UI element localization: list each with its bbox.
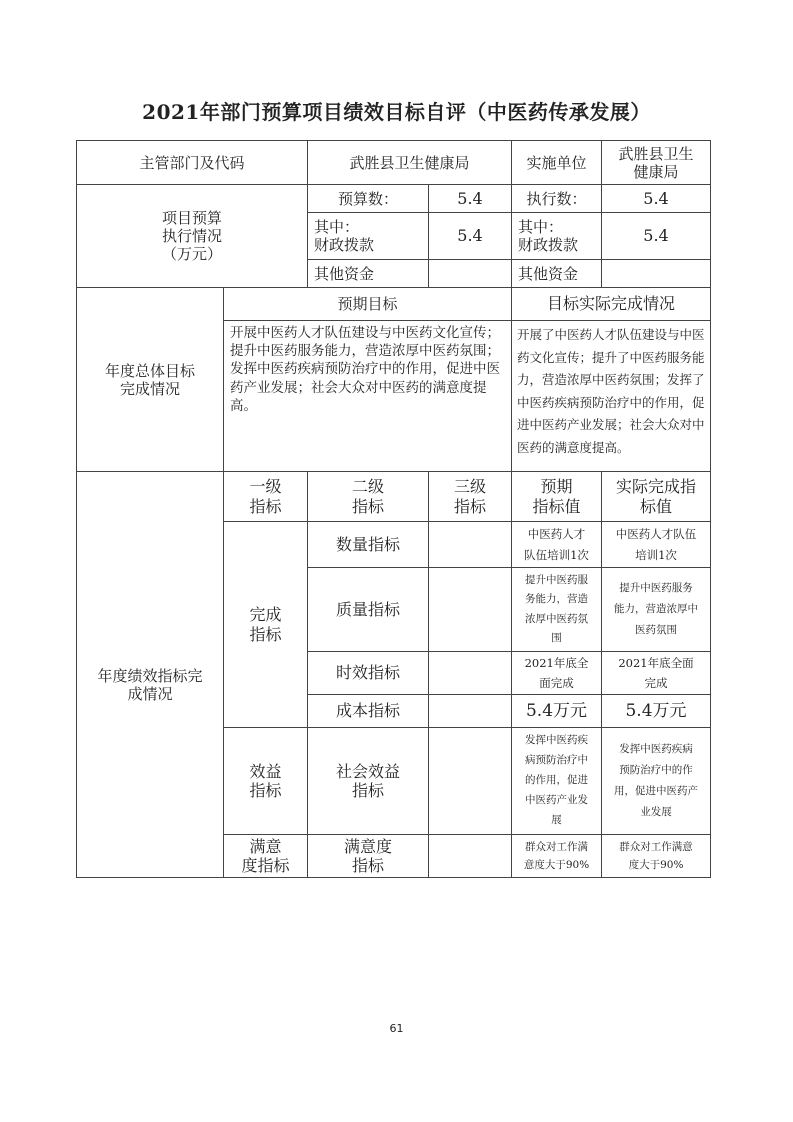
budget-amount-label: 预算数： <box>307 184 429 213</box>
group-completion: 完成 指标 <box>223 521 308 728</box>
other-exec-value <box>601 259 711 288</box>
fiscal-budget-label: 其中： 财政拨款 <box>307 212 429 260</box>
header-level3: 三级 指标 <box>428 471 512 522</box>
level3-cell <box>428 694 512 728</box>
actual-value: 5.4万元 <box>601 694 711 728</box>
exec-amount-label: 执行数： <box>511 184 602 213</box>
page-number: 61 <box>0 1022 793 1035</box>
budget-amount-value: 5.4 <box>428 184 512 213</box>
actual-goal-header: 目标实际完成情况 <box>511 287 711 321</box>
group-satisfaction: 满意 度指标 <box>223 834 308 878</box>
expected-value: 提升中医药服 务能力，营造 浓厚中医药氛 围 <box>511 567 602 652</box>
indicators-label: 年度绩效指标完 成情况 <box>76 471 224 878</box>
budget-label: 项目预算 执行情况 （万元） <box>76 184 308 288</box>
actual-value: 提升中医药服务 能力，营造浓厚中 医药氛围 <box>601 567 711 652</box>
group-benefit: 效益 指标 <box>223 727 308 835</box>
header-expected: 预期 指标值 <box>511 471 602 522</box>
fiscal-exec-label: 其中： 财政拨款 <box>511 212 602 260</box>
expected-value: 中医药人才 队伍培训1次 <box>511 521 602 568</box>
dept-value: 武胜县卫生健康局 <box>307 140 512 185</box>
exec-amount-value: 5.4 <box>601 184 711 213</box>
other-budget-label: 其他资金 <box>307 259 429 288</box>
dept-label: 主管部门及代码 <box>76 140 308 185</box>
unit-label: 实施单位 <box>511 140 602 185</box>
indicator-row-social-benefit: 社会效益 指标 <box>307 727 429 835</box>
actual-value: 2021年底全面 完成 <box>601 651 711 695</box>
fiscal-exec-value: 5.4 <box>601 212 711 260</box>
expected-value: 发挥中医药疾 病预防治疗中 的作用，促进 中医药产业发 展 <box>511 727 602 835</box>
level3-cell <box>428 521 512 568</box>
level3-cell <box>428 727 512 835</box>
actual-goal-text: 开展了中医药人才队伍建设与中医药文化宣传；提升了中医药服务能力，营造浓厚中医药氛… <box>511 320 711 472</box>
expected-value: 5.4万元 <box>511 694 602 728</box>
expected-value: 2021年底全 面完成 <box>511 651 602 695</box>
other-exec-label: 其他资金 <box>511 259 602 288</box>
indicator-row-quantity: 数量指标 <box>307 521 429 568</box>
fiscal-budget-value: 5.4 <box>428 212 512 260</box>
level3-cell <box>428 567 512 652</box>
level3-cell <box>428 651 512 695</box>
expected-value: 群众对工作满 意度大于90% <box>511 834 602 878</box>
other-budget-value <box>428 259 512 288</box>
indicator-row-satisfaction: 满意度 指标 <box>307 834 429 878</box>
expected-goal-header: 预期目标 <box>223 287 512 321</box>
unit-value: 武胜县卫生 健康局 <box>601 140 711 185</box>
actual-value: 群众对工作满意 度大于90% <box>601 834 711 878</box>
header-level2: 二级 指标 <box>307 471 429 522</box>
page-title: 2021年部门预算项目绩效目标自评（中医药传承发展） <box>0 96 793 125</box>
indicator-row-cost: 成本指标 <box>307 694 429 728</box>
header-actual: 实际完成指 标值 <box>601 471 711 522</box>
header-level1: 一级 指标 <box>223 471 308 522</box>
level3-cell <box>428 834 512 878</box>
actual-value: 发挥中医药疾病 预防治疗中的作 用，促进中医药产 业发展 <box>601 727 711 835</box>
indicator-row-quality: 质量指标 <box>307 567 429 652</box>
actual-value: 中医药人才队伍 培训1次 <box>601 521 711 568</box>
expected-goal-text: 开展中医药人才队伍建设与中医药文化宣传；提升中医药服务能力，营造浓厚中医药氛围；… <box>223 320 512 472</box>
annual-goal-label: 年度总体目标 完成情况 <box>76 287 224 472</box>
indicator-row-timeliness: 时效指标 <box>307 651 429 695</box>
